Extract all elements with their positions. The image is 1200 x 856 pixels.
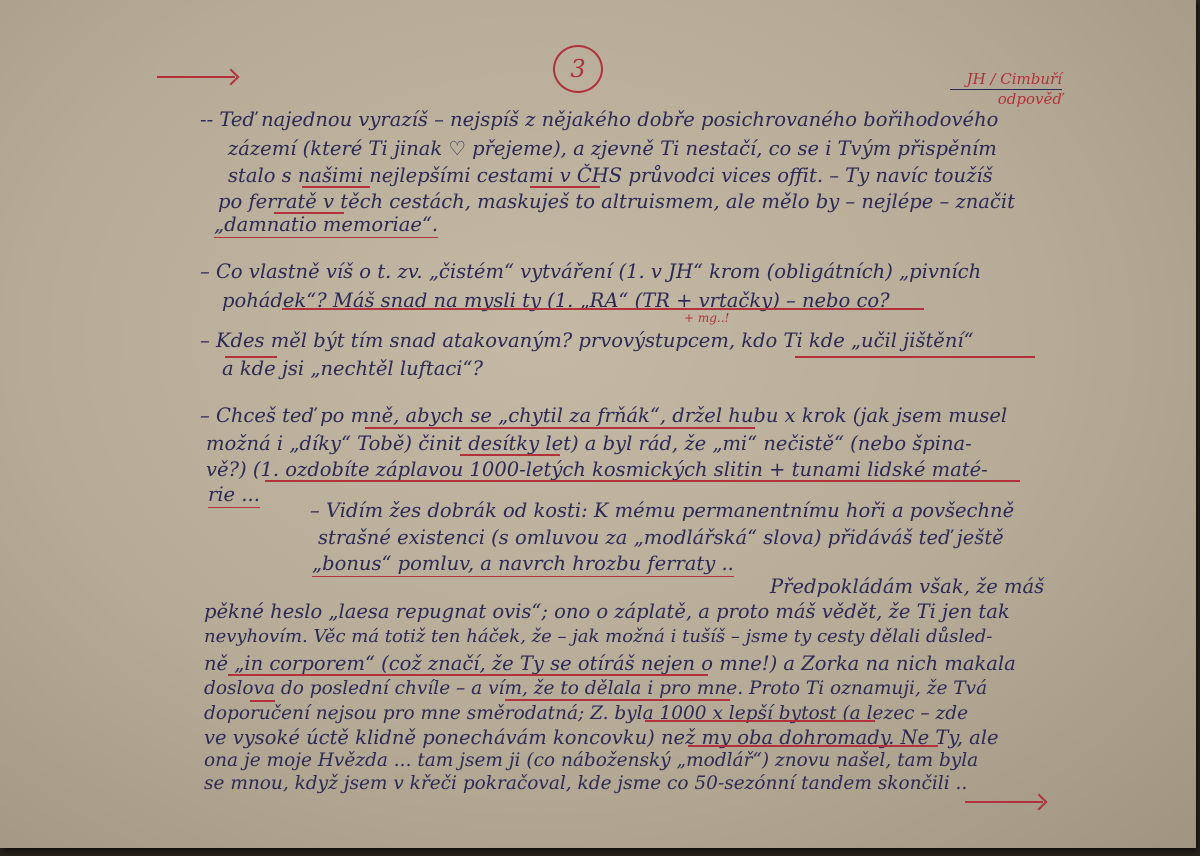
red-underline [274, 212, 344, 214]
text-line: – Vidím žes dobrák od kosti: K mému perm… [310, 499, 1014, 522]
red-underline [250, 700, 275, 702]
text-line: – Chceš teď po mně, abych se „chytil za … [200, 404, 1007, 427]
text-line: a kde jsi „nechtěl luftaci“? [222, 357, 483, 380]
text-line: ona je moje Hvězda ... tam jsem ji (co n… [204, 750, 978, 771]
red-underline [282, 308, 924, 310]
text-line: vě?) (1. ozdobíte záplavou 1000-letých k… [206, 458, 988, 481]
text-line: po ferratě v těch cestách, maskuješ to a… [218, 190, 1015, 213]
text-line: se mnou, když jsem v křeči pokračoval, k… [204, 773, 967, 794]
text-line: pěkné heslo „laesa repugnat ovis“; ono o… [204, 600, 1010, 623]
text-line: -- Teď najednou vyrazíš – nejspíš z něja… [200, 108, 998, 131]
text-line: možná i „díky“ Tobě) činit desítky let) … [206, 432, 972, 455]
red-underline [645, 720, 875, 722]
red-underline [265, 480, 1020, 482]
text-line: rie ... [208, 483, 260, 508]
red-underline [795, 356, 1035, 358]
arrow-icon-top-left [157, 76, 235, 78]
text-line: – Co vlastně víš o t. zv. „čistém“ vytvá… [200, 260, 981, 283]
page-number: 3 [570, 55, 585, 83]
text-line: stalo s našimi nejlepšími cestami v ČHS … [228, 164, 993, 187]
page-number-circle: 3 [553, 45, 603, 93]
corner-note-bottom: odpověď [950, 90, 1062, 108]
margin-annotation: + mg..! [684, 311, 729, 325]
handwritten-letter-page: 3 JH / Cimbuří odpověď -- Teď najednou v… [0, 0, 1196, 848]
text-line: strašné existenci (s omluvou za „modlářs… [318, 526, 1004, 549]
text-line: „damnatio memoriae“. [214, 213, 438, 238]
text-line: zázemí (které Ti jinak ♡ přejeme), a zje… [228, 137, 997, 160]
arrow-icon-bottom-right [965, 801, 1043, 803]
red-underline [225, 356, 277, 358]
text-line: Předpokládám však, že máš [770, 575, 1044, 598]
text-line: „bonus“ pomluv, a navrch hrozbu ferraty … [312, 552, 734, 577]
text-line: nevyhovím. Věc má totiž ten háček, že – … [204, 626, 992, 647]
red-underline [505, 699, 730, 701]
text-line: ně „in corporem“ (což značí, že Ty se ot… [204, 652, 1016, 675]
text-line: doslova do poslední chvíle – a vím, že t… [204, 678, 987, 699]
corner-note: JH / Cimbuří odpověď [950, 70, 1062, 108]
red-underline [228, 674, 708, 676]
corner-note-top: JH / Cimbuří [950, 70, 1062, 90]
red-underline [688, 745, 938, 747]
red-underline [530, 186, 600, 188]
red-underline [365, 427, 755, 429]
text-line: – Kdes měl být tím snad atakovaným? prvo… [200, 329, 974, 352]
red-underline [302, 186, 370, 188]
red-underline [460, 454, 560, 456]
